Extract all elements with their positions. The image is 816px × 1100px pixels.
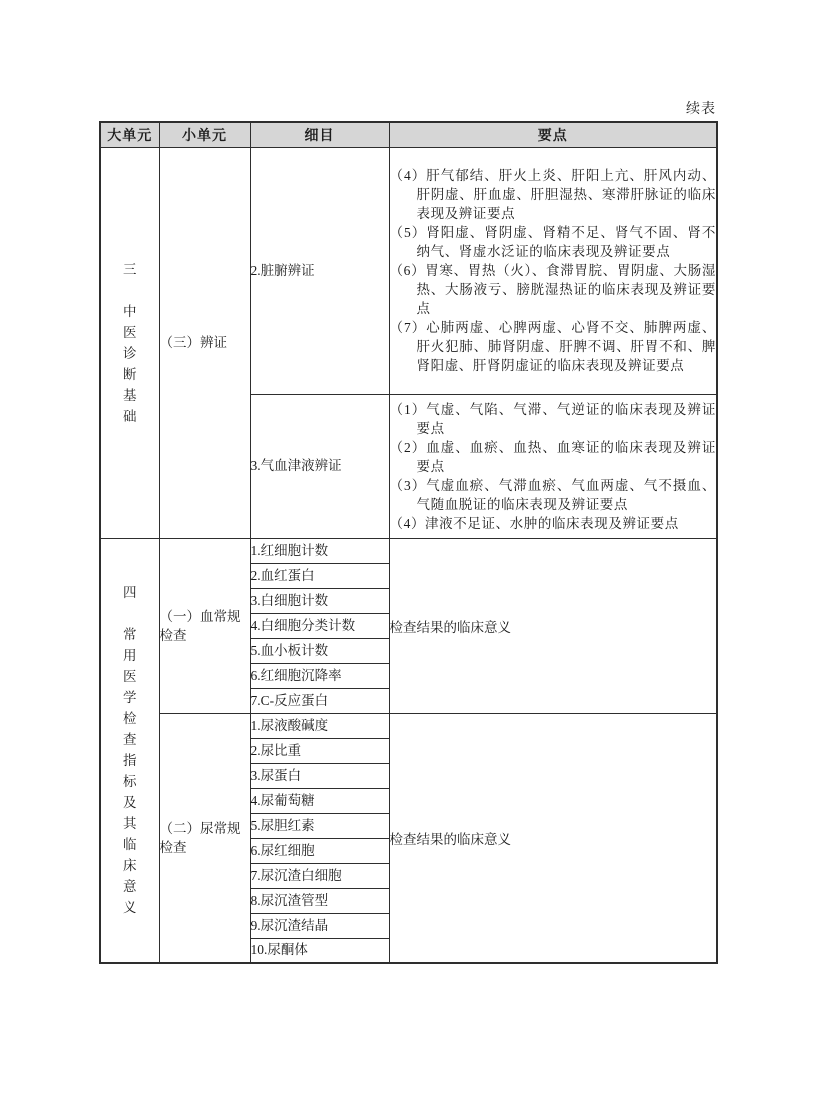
detail-item: 6.尿红细胞 <box>250 838 389 863</box>
minor-unit-urine-routine: （二）尿常规检查 <box>159 713 250 963</box>
point-item: （2）血虚、血瘀、血热、血寒证的临床表现及辨证要点 <box>390 438 717 476</box>
header-detail: 细目 <box>250 122 389 147</box>
header-major-unit: 大单元 <box>100 122 159 147</box>
detail-item: 8.尿沉渣管型 <box>250 888 389 913</box>
detail-item: 5.血小板计数 <box>250 638 389 663</box>
detail-item: 4.尿葡萄糖 <box>250 788 389 813</box>
point-item: （5）肾阳虚、肾阴虚、肾精不足、肾气不固、肾不纳气、肾虚水泛证的临床表现及辨证要… <box>390 223 717 261</box>
document-page: 续表 大单元 小单元 细目 要点 三 中医诊断基础 （三）辨证 2.脏 <box>0 0 816 1100</box>
major-unit-vertical-text: 四 常用医学检查指标及其临床意义 <box>123 582 137 918</box>
table-header-row: 大单元 小单元 细目 要点 <box>100 122 717 147</box>
syllabus-table: 大单元 小单元 细目 要点 三 中医诊断基础 （三）辨证 2.脏腑辨证 （4）肝… <box>99 121 718 964</box>
major-unit-tcm-diagnosis: 三 中医诊断基础 <box>100 147 159 538</box>
major-unit-lab-tests: 四 常用医学检查指标及其临床意义 <box>100 538 159 963</box>
table-row: 三 中医诊断基础 （三）辨证 2.脏腑辨证 （4）肝气郁结、肝火上炎、肝阳上亢、… <box>100 147 717 394</box>
point-item: （6）胃寒、胃热（火）、食滞胃脘、胃阴虚、大肠湿热、大肠液亏、膀胱湿热证的临床表… <box>390 261 717 318</box>
point-item: （4）津液不足证、水肿的临床表现及辨证要点 <box>390 514 717 533</box>
detail-item: 7.尿沉渣白细胞 <box>250 863 389 888</box>
major-unit-vertical-text: 三 中医诊断基础 <box>123 259 137 427</box>
minor-unit-blood-routine: （一）血常规检查 <box>159 538 250 713</box>
minor-unit-bianzheng: （三）辨证 <box>159 147 250 538</box>
points-zangfu: （4）肝气郁结、肝火上炎、肝阳上亢、肝风内动、肝阴虚、肝血虚、肝胆湿热、寒滞肝脉… <box>389 147 717 394</box>
header-points: 要点 <box>389 122 717 147</box>
point-item: （1）气虚、气陷、气滞、气逆证的临床表现及辨证要点 <box>390 400 717 438</box>
detail-item: 6.红细胞沉降率 <box>250 663 389 688</box>
table-row: 四 常用医学检查指标及其临床意义 （一）血常规检查 1.红细胞计数 检查结果的临… <box>100 538 717 563</box>
points-urine-routine: 检查结果的临床意义 <box>389 713 717 963</box>
detail-item: 10.尿酮体 <box>250 938 389 963</box>
point-item: （3）气虚血瘀、气滞血瘀、气血两虚、气不摄血、气随血脱证的临床表现及辨证要点 <box>390 476 717 514</box>
detail-item: 2.血红蛋白 <box>250 563 389 588</box>
detail-item: 4.白细胞分类计数 <box>250 613 389 638</box>
detail-item: 5.尿胆红素 <box>250 813 389 838</box>
table-row: （二）尿常规检查 1.尿液酸碱度 检查结果的临床意义 <box>100 713 717 738</box>
detail-item: 1.尿液酸碱度 <box>250 713 389 738</box>
point-item: （4）肝气郁结、肝火上炎、肝阳上亢、肝风内动、肝阴虚、肝血虚、肝胆湿热、寒滞肝脉… <box>390 166 717 223</box>
points-blood-routine: 检查结果的临床意义 <box>389 538 717 713</box>
detail-item: 3.白细胞计数 <box>250 588 389 613</box>
table-container: 大单元 小单元 细目 要点 三 中医诊断基础 （三）辨证 2.脏腑辨证 （4）肝… <box>99 121 716 964</box>
continued-table-label: 续表 <box>99 98 716 118</box>
detail-qixue-jinye-bianzheng: 3.气血津液辨证 <box>250 394 389 538</box>
detail-item: 2.尿比重 <box>250 738 389 763</box>
detail-item: 3.尿蛋白 <box>250 763 389 788</box>
detail-item: 7.C-反应蛋白 <box>250 688 389 713</box>
point-item: （7）心肺两虚、心脾两虚、心肾不交、肺脾两虚、肝火犯肺、肺肾阴虚、肝脾不调、肝胃… <box>390 318 717 375</box>
detail-item: 9.尿沉渣结晶 <box>250 913 389 938</box>
detail-item: 1.红细胞计数 <box>250 538 389 563</box>
points-qixue: （1）气虚、气陷、气滞、气逆证的临床表现及辨证要点 （2）血虚、血瘀、血热、血寒… <box>389 394 717 538</box>
header-minor-unit: 小单元 <box>159 122 250 147</box>
detail-zangfu-bianzheng: 2.脏腑辨证 <box>250 147 389 394</box>
